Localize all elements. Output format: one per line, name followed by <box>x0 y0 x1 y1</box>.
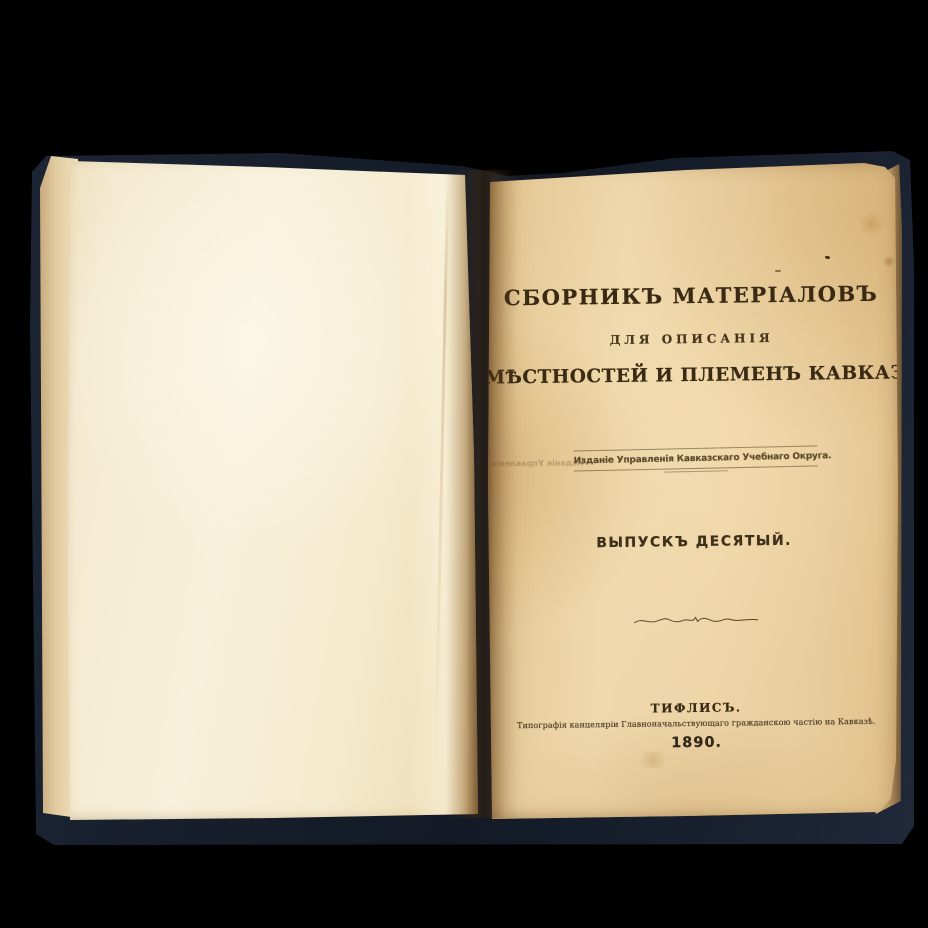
squiggle-divider-icon <box>488 609 903 634</box>
book-title-line-2: МѢСТНОСТЕЙ И ПЛЕМЕНЪ КАВКАЗА. <box>484 362 899 388</box>
printer-imprint: Типографія канцеляріи Главноначальствующ… <box>489 716 904 730</box>
blank-left-page <box>64 154 478 822</box>
photo-scene: СБОРНИКЪ МАТЕРІАЛОВЪ ДЛЯ ОПИСАНІЯ МѢСТНО… <box>0 0 928 928</box>
title-page: СБОРНИКЪ МАТЕРІАЛОВЪ ДЛЯ ОПИСАНІЯ МѢСТНО… <box>486 160 901 820</box>
publication-year: 1890. <box>489 732 904 753</box>
title-page-text-block: СБОРНИКЪ МАТЕРІАЛОВЪ ДЛЯ ОПИСАНІЯ МѢСТНО… <box>482 157 905 822</box>
book-title-subtitle: ДЛЯ ОПИСАНІЯ <box>484 329 899 348</box>
book-title-line-1: СБОРНИКЪ МАТЕРІАЛОВЪ <box>483 280 898 310</box>
issue-number-label: ВЫПУСКЪ ДЕСЯТЫЙ. <box>487 531 902 552</box>
publisher-stamp: Изданіе Управленія Кавказскаго Учебнаго … <box>573 445 817 471</box>
stamp-offset-ghost: Изданіе Управленія Кавказскаго Учебнаго … <box>488 458 584 468</box>
city-label: ТИФЛИСЪ. <box>489 698 904 717</box>
